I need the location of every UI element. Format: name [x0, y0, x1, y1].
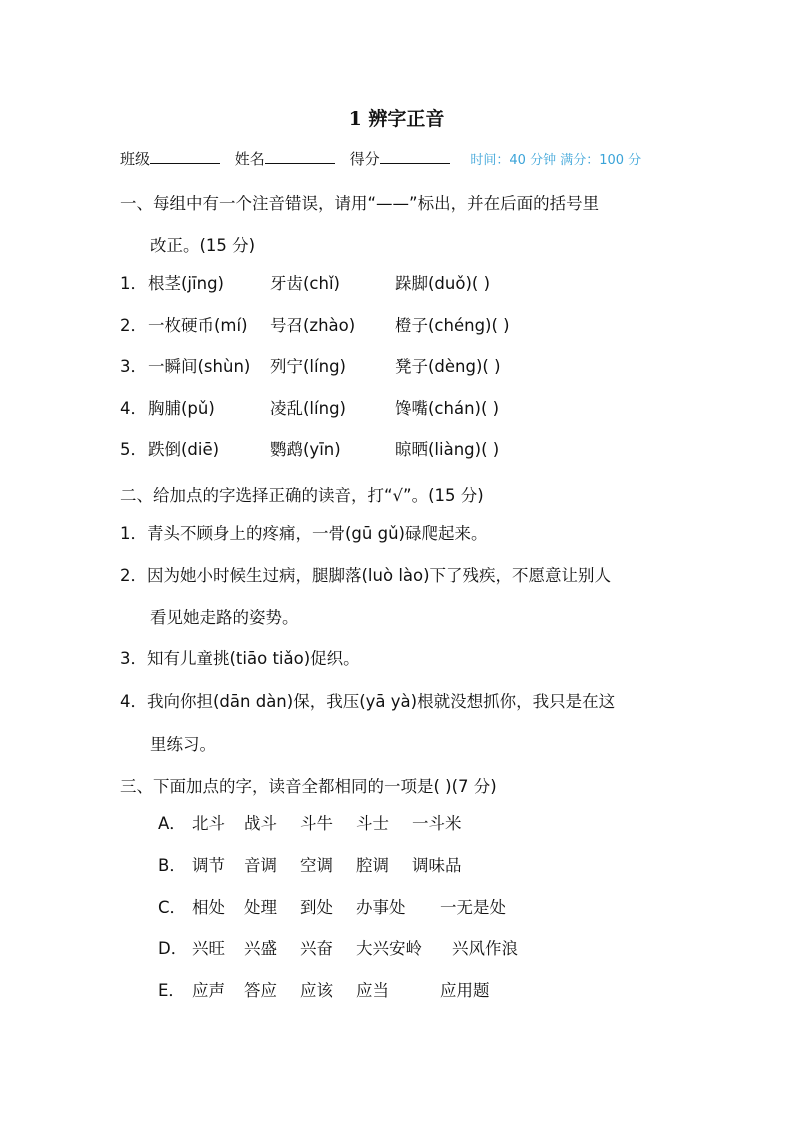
- name-label: 姓名: [235, 150, 265, 168]
- section1-heading-cont: 改正。(15 分): [150, 232, 255, 256]
- header-fields: 班级 姓名 得分 时间：40 分钟 满分：100 分: [120, 148, 641, 169]
- section1-row: 5． 跌倒(diē) 鹦鹉(yīn) 晾晒(liàng)( ): [120, 436, 680, 458]
- section2-item: 3．知有儿童挑(tiāo tiǎo)促织。: [120, 645, 360, 669]
- time-info: 时间：40 分钟 满分：100 分: [470, 153, 641, 168]
- section3-heading: 三、下面加点的字，读音全都相同的一项是( )(7 分): [120, 773, 497, 797]
- name-blank[interactable]: [265, 149, 335, 164]
- option-b[interactable]: B． 调节 音调 空调 腔调 调味品: [158, 852, 186, 876]
- option-a[interactable]: A． 北斗 战斗 斗牛 斗士 一斗米: [158, 810, 186, 834]
- section1-row: 4． 胸脯(pǔ) 凌乱(líng) 馋嘴(chán)( ): [120, 395, 680, 417]
- section1-row: 3． 一瞬间(shùn) 列宁(líng) 凳子(dèng)( ): [120, 353, 680, 375]
- section1-row: 1． 根茎(jīng) 牙齿(chǐ) 跺脚(duǒ)( ): [120, 270, 680, 292]
- option-e[interactable]: E． 应声 答应 应该 应当 应用题: [158, 977, 185, 1001]
- class-blank[interactable]: [150, 149, 220, 164]
- option-c[interactable]: C． 相处 处理 到处 办事处 一无是处: [158, 894, 186, 918]
- option-d[interactable]: D． 兴旺 兴盛 兴奋 大兴安岭 兴风作浪: [158, 935, 187, 959]
- section2-item: 4．我向你担(dān dàn)保，我压(yā yà)根就没想抓你，我只是在这: [120, 688, 615, 712]
- section2-item: 2．因为她小时候生过病，腿脚落(luò lào)下了残疾，不愿意让别人: [120, 562, 611, 586]
- score-label: 得分: [350, 150, 380, 168]
- score-blank[interactable]: [380, 149, 450, 164]
- page-title: 1 辨字正音: [0, 104, 793, 131]
- section1-heading: 一、每组中有一个注音错误，请用“——”标出，并在后面的括号里: [120, 190, 599, 214]
- class-label: 班级: [120, 150, 150, 168]
- section2-heading: 二、给加点的字选择正确的读音，打“√”。(15 分): [120, 482, 484, 506]
- section1-row: 2． 一枚硬币(mí) 号召(zhào) 橙子(chéng)( ): [120, 312, 680, 334]
- section2-item-cont: 里练习。: [150, 731, 216, 755]
- section2-item: 1．青头不顾身上的疼痛，一骨(gū gǔ)碌爬起来。: [120, 520, 487, 544]
- section2-item-cont: 看见她走路的姿势。: [150, 604, 299, 628]
